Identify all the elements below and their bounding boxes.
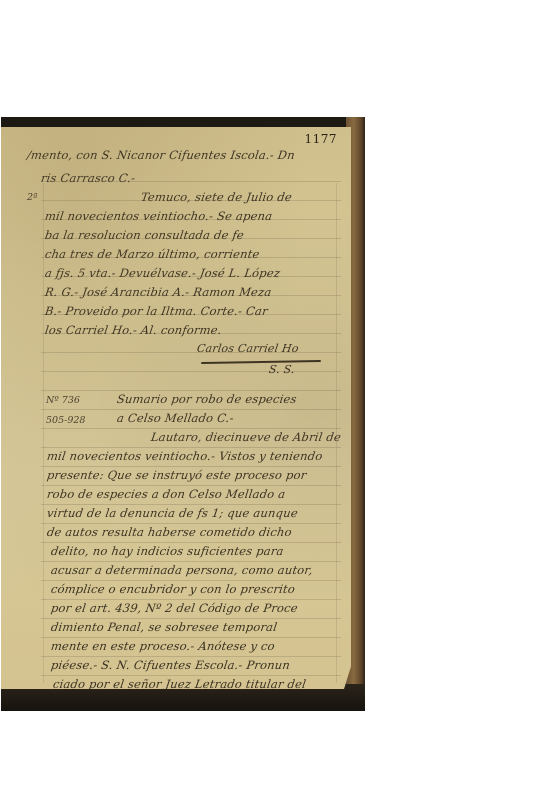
handwritten-line: por el art. 439, Nº 2 del Código de Proc… [50, 601, 299, 615]
scanned-page-photo: 1177 /mento, con S. Nicanor Cifuentes I [1, 117, 365, 711]
ruled-line [41, 542, 341, 543]
case-reference: 505-928 [46, 415, 85, 426]
handwritten-line: virtud de la denuncia de fs 1; que aunqu… [46, 506, 299, 520]
ruled-line [41, 447, 341, 448]
handwritten-line: presente: Que se instruyó este proceso p… [46, 468, 307, 482]
signature: Carlos Carriel Ho [196, 342, 299, 355]
handwritten-line: ba la resolucion consultada de fe [44, 228, 245, 242]
ruled-line [41, 618, 341, 619]
handwritten-line: B.- Proveido por la Iltma. Corte.- Car [44, 304, 269, 318]
handwritten-line: de autos resulta haberse cometido dicho [46, 525, 293, 539]
entry-title-line: Sumario por robo de especies [116, 392, 298, 406]
handwritten-line: cha tres de Marzo último, corriente [44, 247, 261, 261]
handwritten-line: acusar a determinada persona, como autor… [50, 563, 314, 577]
handwritten-line: Lautaro, diecinueve de Abril de [150, 430, 342, 444]
ruled-line [41, 466, 341, 467]
ruled-line [41, 675, 341, 676]
ruled-line [41, 580, 341, 581]
case-number: Nº 736 [46, 395, 80, 406]
handwritten-line: mil novecientos veintiocho.- Se apena [44, 209, 273, 223]
ruled-line [41, 485, 341, 486]
ruled-line [41, 428, 341, 429]
handwritten-line: ris Carrasco C.- [40, 171, 136, 185]
signature-initials: S. S. [268, 363, 296, 376]
ruled-line [41, 390, 341, 391]
ruled-line [41, 599, 341, 600]
entry-title-line: a Celso Mellado C.- [116, 411, 235, 425]
ledger-page: 1177 /mento, con S. Nicanor Cifuentes I [1, 127, 351, 689]
ruled-line [41, 523, 341, 524]
ruled-line [41, 371, 341, 372]
handwritten-line: Temuco, siete de Julio de [140, 190, 293, 204]
handwritten-line: delito, no hay indicios suficientes para [50, 544, 285, 558]
handwritten-line: los Carriel Ho.- Al. conforme. [44, 323, 223, 337]
handwritten-line: /mento, con S. Nicanor Cifuentes Iscola.… [26, 148, 296, 162]
handwritten-line: piéese.- S. N. Cifuentes Escola.- Pronun [50, 658, 291, 672]
signature-flourish [201, 360, 321, 364]
ruled-line [41, 656, 341, 657]
ruled-line [41, 561, 341, 562]
handwritten-line: ciado por el señor Juez Letrado titular … [52, 677, 307, 691]
handwritten-line: dimiento Penal, se sobresee temporal [50, 620, 278, 634]
handwritten-line: robo de especies a don Celso Mellado a [46, 487, 286, 501]
handwritten-line: cómplice o encubridor y con lo prescrito [50, 582, 296, 596]
handwritten-line: R. G.- José Arancibia A.- Ramon Meza [44, 285, 272, 299]
page-number: 1177 [304, 132, 337, 146]
ruled-line [41, 409, 341, 410]
handwritten-line: a fjs. 5 vta.- Devuélvase.- José L. Lópe… [44, 266, 281, 280]
ruled-line [41, 504, 341, 505]
ruled-line [41, 637, 341, 638]
handwritten-line: mente en este proceso.- Anótese y co [50, 639, 276, 653]
entry-number: 2ª [27, 192, 38, 203]
handwritten-line: mil novecientos veintiocho.- Vistos y te… [46, 449, 323, 463]
